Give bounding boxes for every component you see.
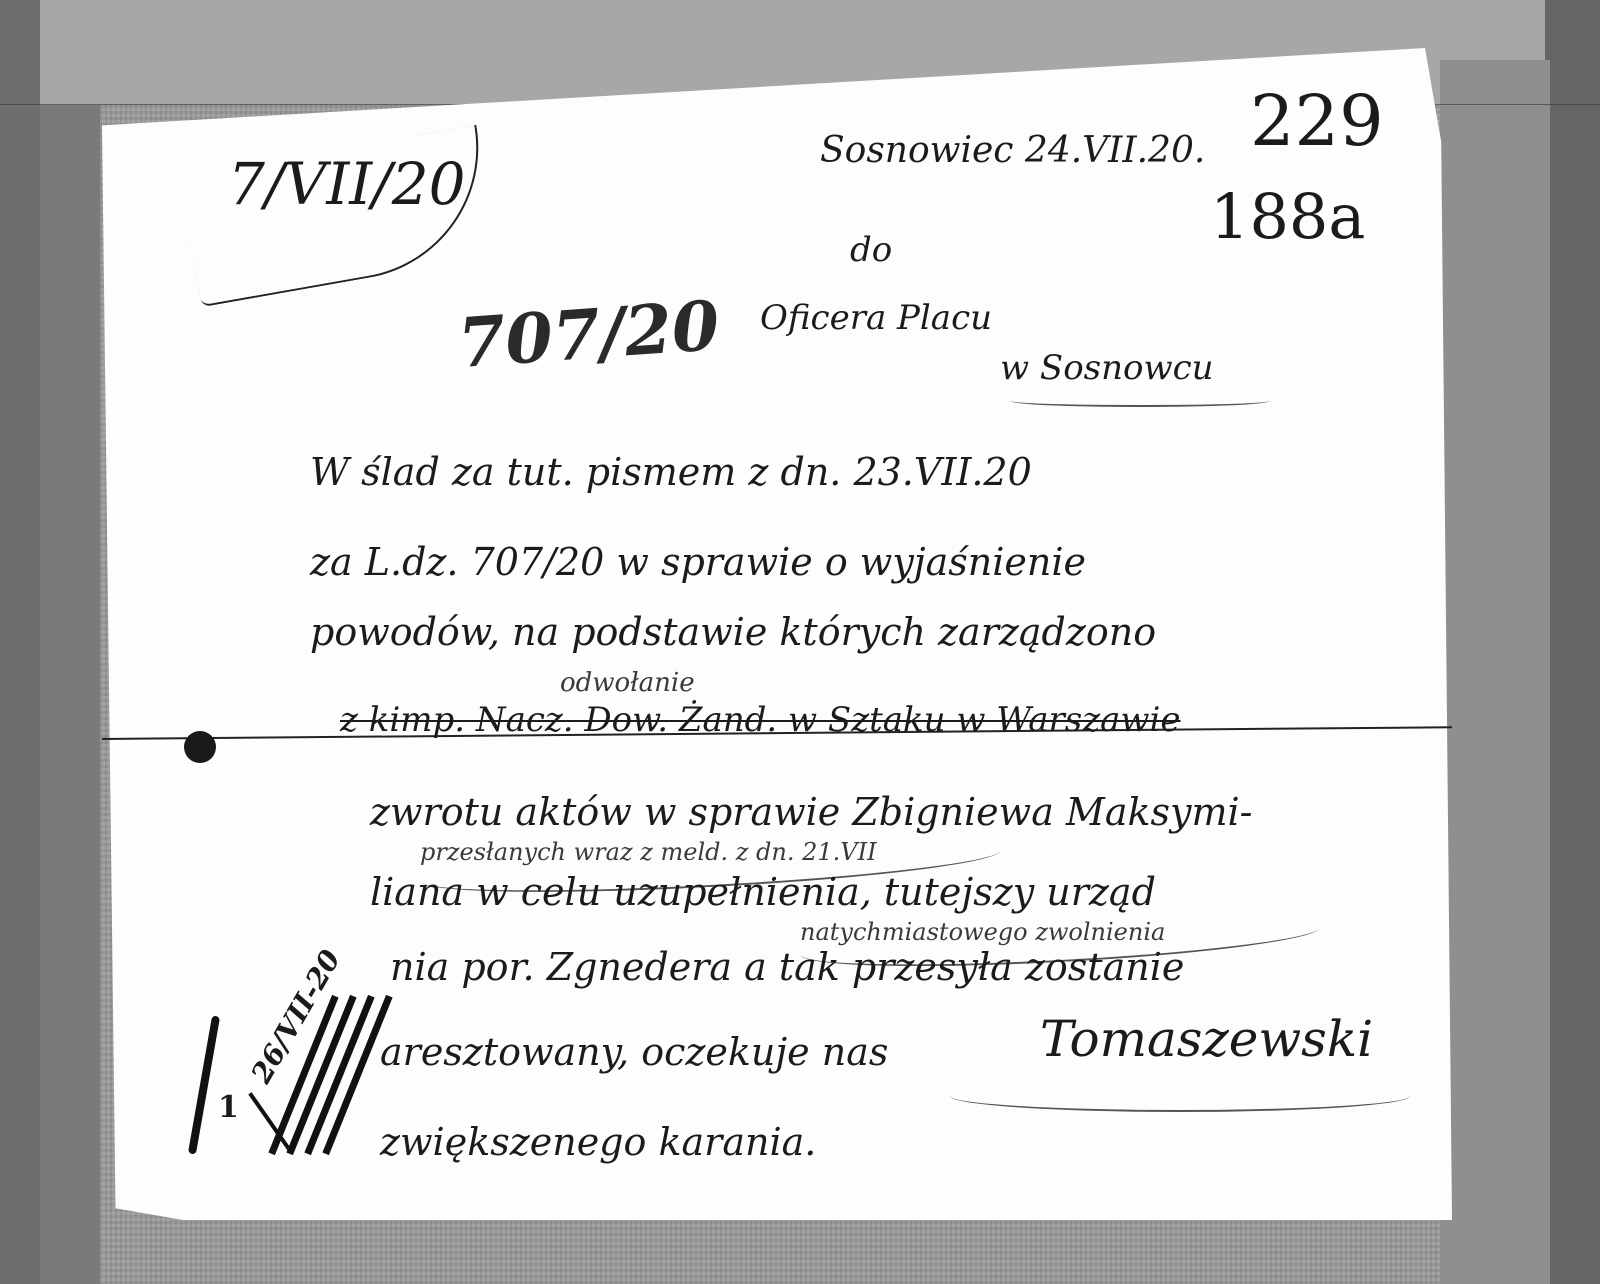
body-line-3: powodów, na podstawie których zarządzono: [310, 610, 1156, 654]
folio-number: 229: [1250, 80, 1384, 162]
body-line-1: W ślad za tut. pismem z dn. 23.VII.20: [310, 450, 1032, 494]
scan-left-band: [40, 105, 100, 1284]
punch-hole: [184, 731, 216, 763]
addressee-prefix: do: [850, 230, 892, 270]
scan-right-strip: [1545, 0, 1600, 1284]
scan-left-strip: [0, 0, 40, 1284]
body-line-struck: z kimp. Nacz. Dow. Żand. w Sztaku w Wars…: [340, 700, 1181, 740]
addressee-line-1: Oficera Placu: [760, 298, 992, 338]
margin-hatch-marks: [270, 990, 390, 1170]
body-interlinear-1: odwołanie: [560, 668, 695, 698]
margin-note-number: 1: [218, 1090, 239, 1125]
scan-right-band: [1440, 60, 1550, 1284]
place-and-date: Sosnowiec 24.VII.20.: [820, 130, 1205, 171]
reference-top-left: 7/VII/20: [228, 150, 466, 218]
body-line-2: za L.dz. 707/20 w sprawie o wyjaśnienie: [310, 540, 1086, 584]
addressee-underline: [1010, 395, 1270, 407]
body-line-6: nia por. Zgnedera a tak przesyła zostani…: [390, 945, 1184, 989]
body-line-4: zwrotu aktów w sprawie Zbigniewa Maksymi…: [370, 790, 1253, 834]
body-line-8: zwiększenego karania.: [380, 1120, 816, 1164]
folio-sub-number: 188a: [1210, 180, 1365, 253]
body-line-7: aresztowany, oczekuje nas: [380, 1030, 888, 1074]
signature-flourish: [950, 1080, 1410, 1112]
body-line-5: liana w celu uzupełnienia, tutejszy urzą…: [370, 870, 1156, 914]
signature: Tomaszewski: [1040, 1010, 1373, 1068]
